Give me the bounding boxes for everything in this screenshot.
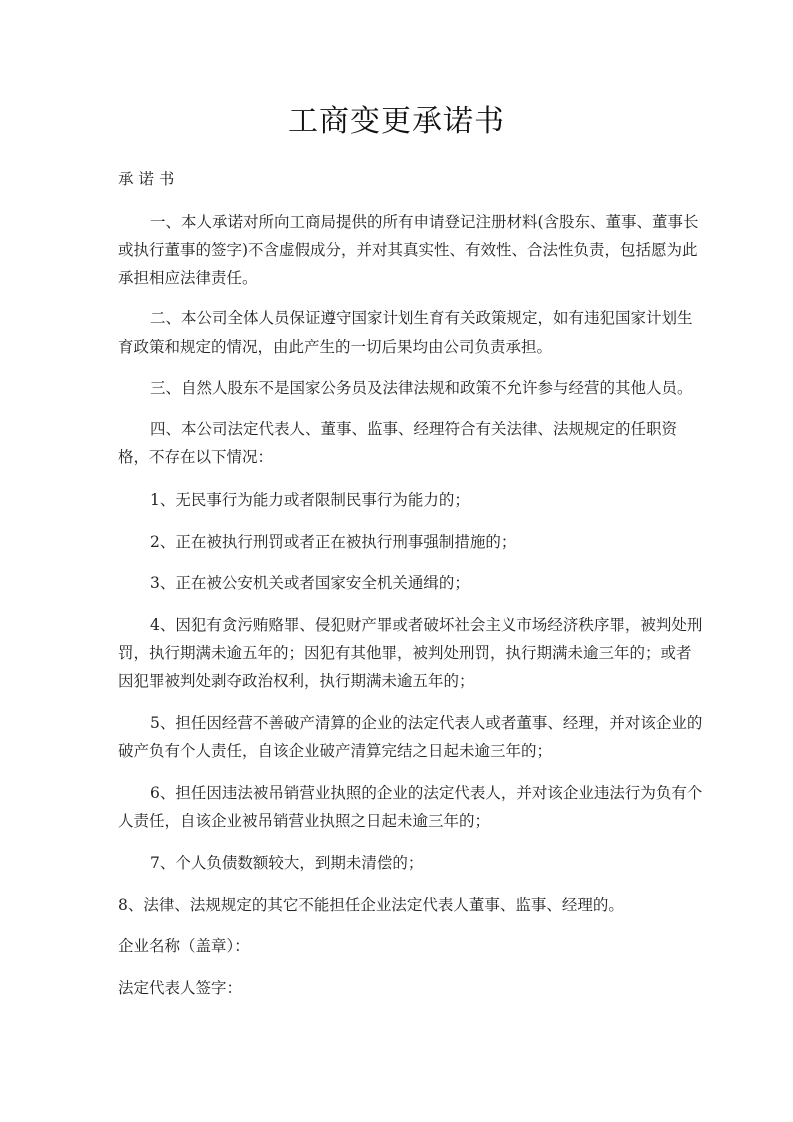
item-4-line-2: 罚，执行期满未逾五年的；因犯有其他罪，被判处刑罚，执行期满未逾三年的；或者: [118, 641, 676, 663]
legal-representative-signature-label: 法定代表人签字：: [118, 976, 242, 998]
item-5-line-2: 破产负有个人责任，自该企业破产清算完结之日起未逾三年的；: [118, 739, 552, 761]
clause-2-line-2: 育政策和规定的情况，由此产生的一切后果均由公司负责承担。: [118, 335, 552, 357]
document-title: 工商变更承诺书: [0, 96, 793, 140]
item-2: 2、正在被执行刑罚或者正在被执行刑事强制措施的；: [150, 530, 516, 552]
clause-2-line-1: 二、本公司全体人员保证遵守国家计划生育有关政策规定，如有违犯国家计划生: [150, 306, 676, 328]
company-name-seal-label: 企业名称（盖章）：: [118, 934, 250, 956]
clause-1-line-1: 一、本人承诺对所向工商局提供的所有申请登记注册材料(含股东、董事、董事长: [150, 210, 676, 232]
item-6-line-2: 人责任，自该企业被吊销营业执照之日起未逾三年的；: [118, 809, 490, 831]
item-5-line-1: 5、担任因经营不善破产清算的企业的法定代表人或者董事、经理，并对该企业的: [150, 711, 676, 733]
clause-4-line-2: 格，不存在以下情况：: [118, 445, 273, 467]
document-heading: 承 诺 书: [118, 167, 174, 189]
item-6-line-1: 6、担任因违法被吊销营业执照的企业的法定代表人，并对该企业违法行为负有个: [150, 781, 676, 803]
item-8: 8、法律、法规规定的其它不能担任企业法定代表人董事、监事、经理的。: [118, 893, 624, 915]
item-3: 3、正在被公安机关或者国家安全机关通缉的；: [150, 571, 470, 593]
item-7: 7、个人负债数额较大，到期未清偿的；: [150, 851, 423, 873]
item-1: 1、无民事行为能力或者限制民事行为能力的；: [150, 488, 470, 510]
clause-3-line-1: 三、自然人股东不是国家公务员及法律法规和政策不允许参与经营的其他人员。: [150, 376, 693, 398]
clause-4-line-1: 四、本公司法定代表人、董事、监事、经理符合有关法律、法规规定的任职资: [150, 417, 676, 439]
clause-1-line-3: 承担相应法律责任。: [118, 266, 258, 288]
item-4-line-3: 因犯罪被判处剥夺政治权利，执行期满未逾五年的；: [118, 669, 475, 691]
item-4-line-1: 4、因犯有贪污贿赂罪、侵犯财产罪或者破坏社会主义市场经济秩序罪，被判处刑: [150, 613, 676, 635]
clause-1-line-2: 或执行董事的签字)不含虚假成分，并对其真实性、有效性、合法性负责，包括愿为此: [118, 238, 676, 260]
document-page: 工商变更承诺书 承 诺 书 一、本人承诺对所向工商局提供的所有申请登记注册材料(…: [0, 0, 793, 1122]
